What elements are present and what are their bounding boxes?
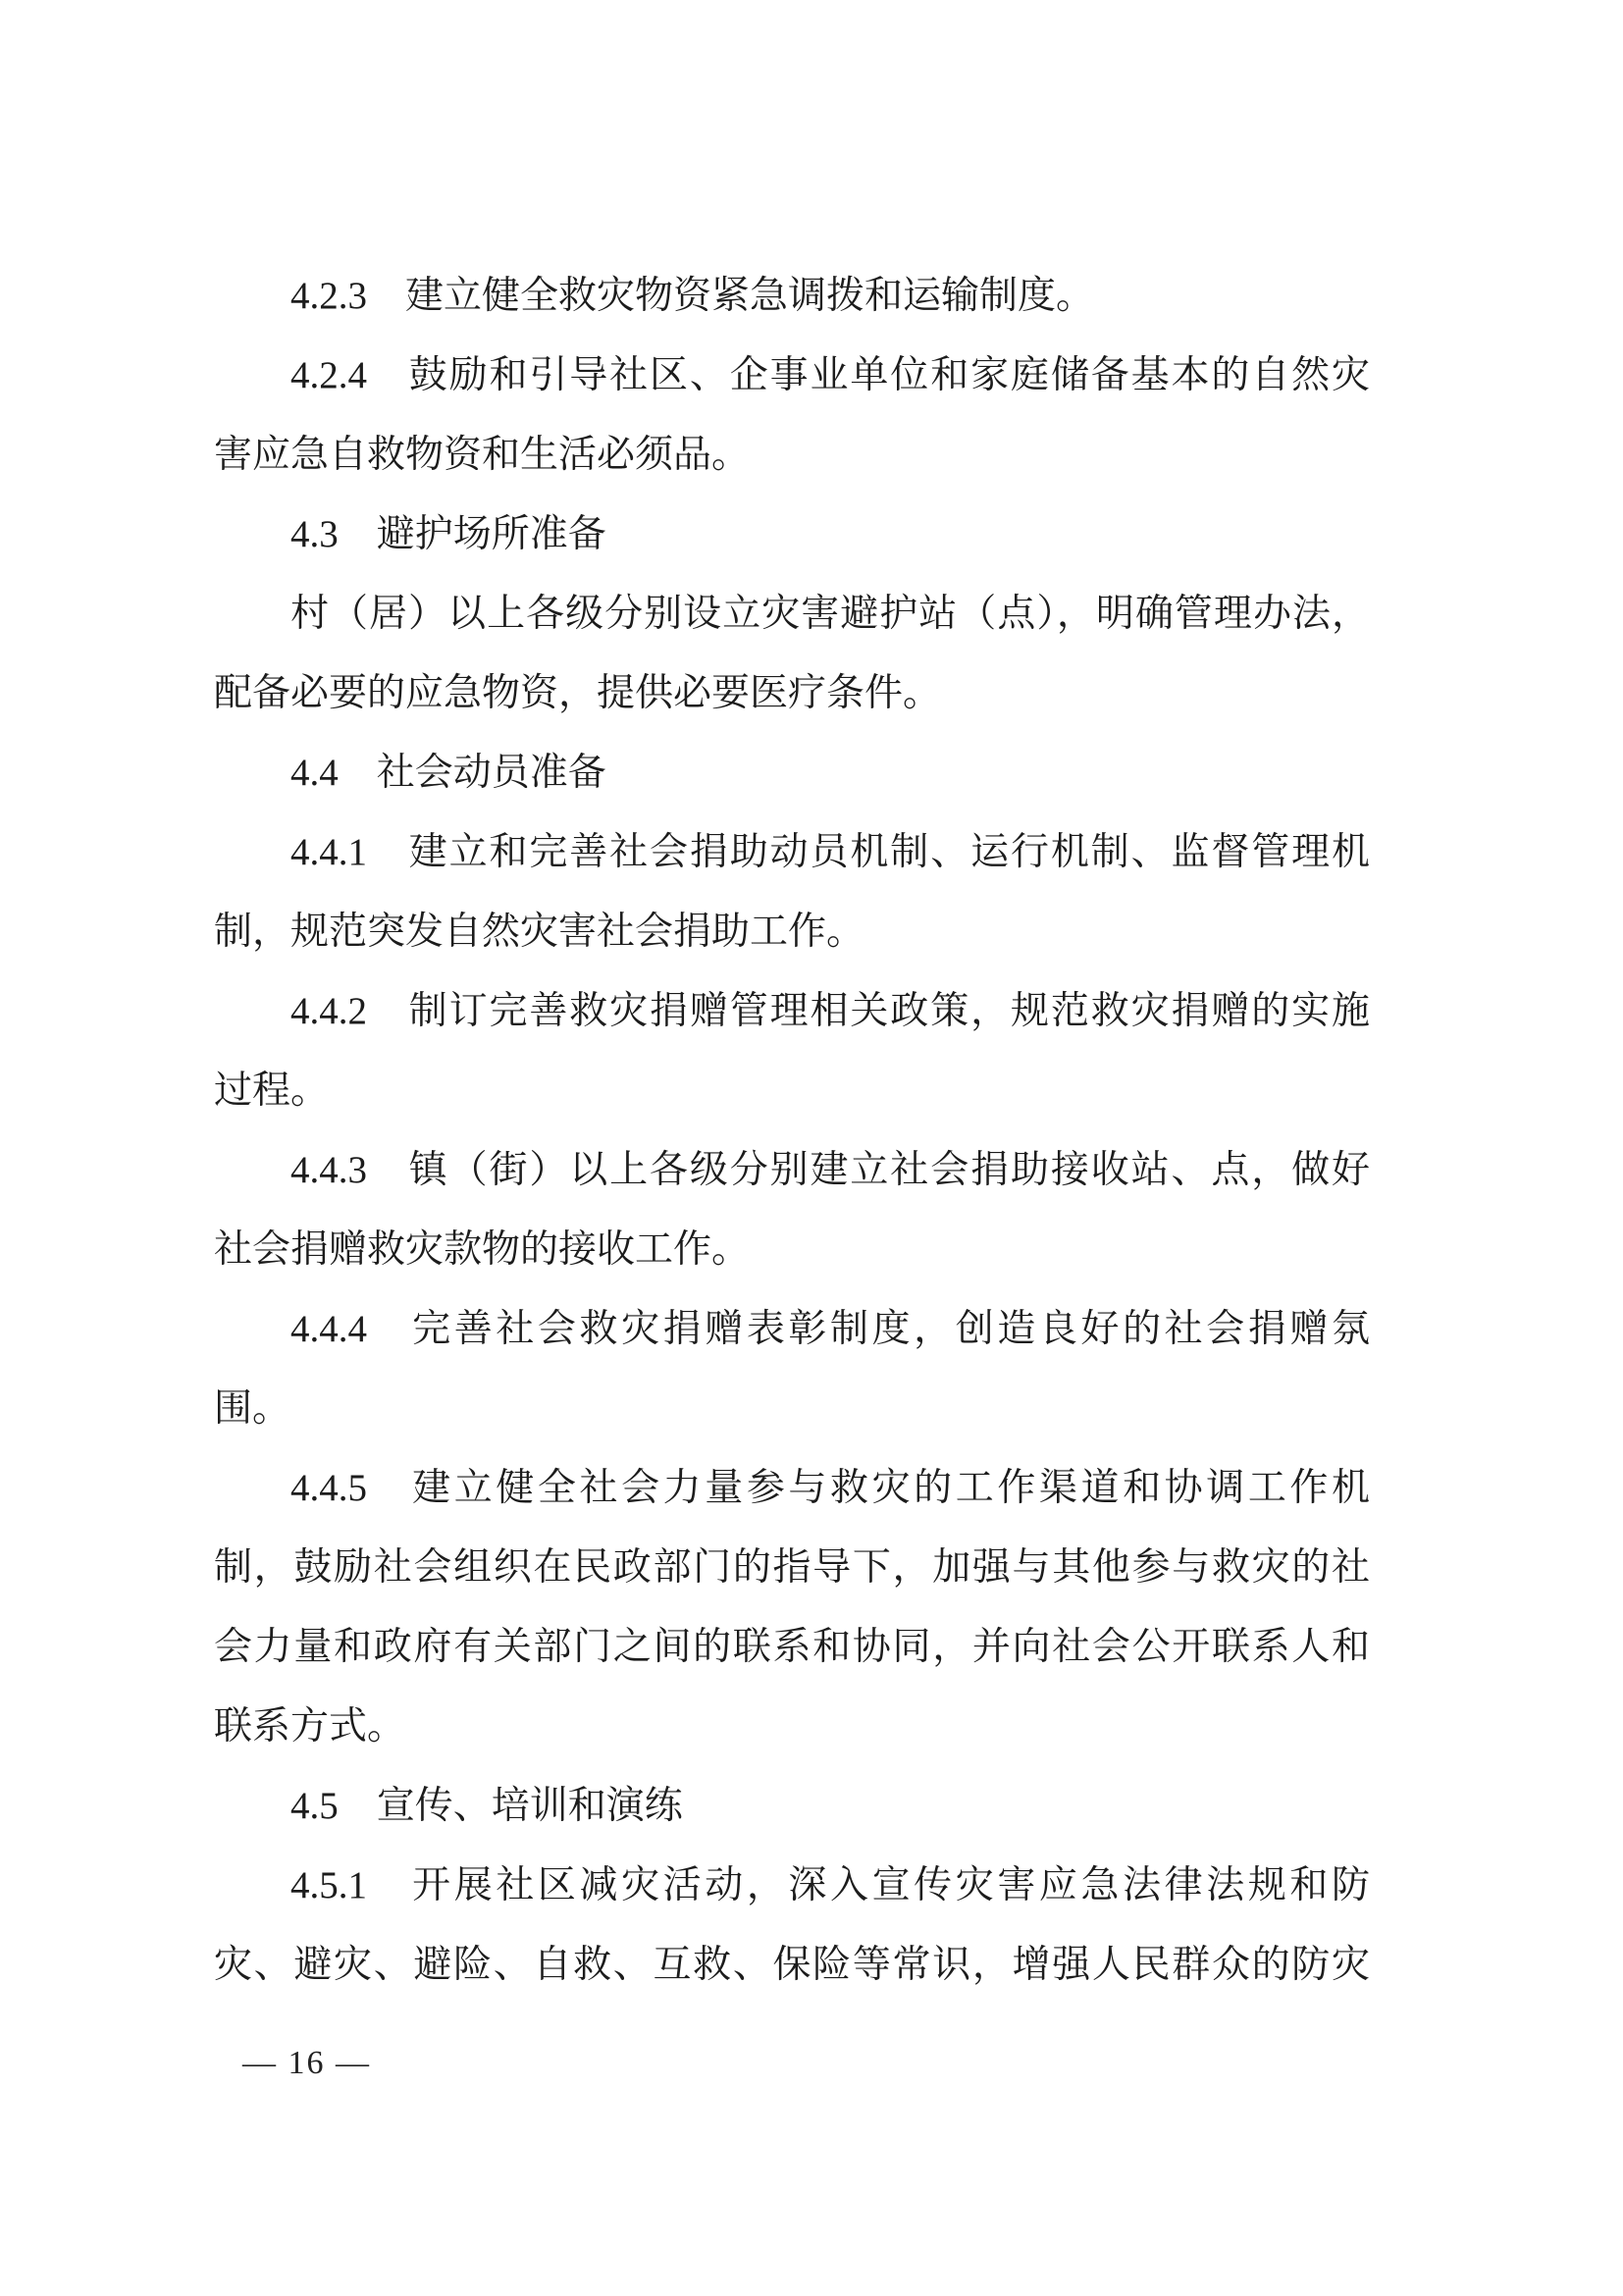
text-line: 4.4.2 制订完善救灾捐赠管理相关政策，规范救灾捐赠的实施 [214, 971, 1370, 1051]
text-line: 害应急自救物资和生活必须品。 [214, 415, 1370, 495]
document-body: 4.2.3 建立健全救灾物资紧急调拨和运输制度。 4.2.4 鼓励和引导社区、企… [214, 256, 1370, 2005]
section-heading: 4.3 避护场所准备 [214, 495, 1370, 574]
text-line: 社会捐赠救灾款物的接收工作。 [214, 1210, 1370, 1289]
text-line: 会力量和政府有关部门之间的联系和协同，并向社会公开联系人和 [214, 1607, 1370, 1687]
text-line: 联系方式。 [214, 1687, 1370, 1766]
page-number: — 16 — [242, 2044, 371, 2083]
section-heading: 4.5 宣传、培训和演练 [214, 1766, 1370, 1846]
section-heading: 4.4 社会动员准备 [214, 733, 1370, 812]
text-line: 围。 [214, 1369, 1370, 1448]
text-line: 制，鼓励社会组织在民政部门的指导下，加强与其他参与救灾的社 [214, 1528, 1370, 1607]
text-line: 制，规范突发自然灾害社会捐助工作。 [214, 892, 1370, 971]
document-page: 4.2.3 建立健全救灾物资紧急调拨和运输制度。 4.2.4 鼓励和引导社区、企… [0, 0, 1623, 2296]
text-line: 灾、避灾、避险、自救、互救、保险等常识，增强人民群众的防灾 [214, 1925, 1370, 2005]
text-line: 4.2.3 建立健全救灾物资紧急调拨和运输制度。 [214, 256, 1370, 336]
text-line: 4.4.3 镇（街）以上各级分别建立社会捐助接收站、点，做好 [214, 1130, 1370, 1210]
text-line: 村（居）以上各级分别设立灾害避护站（点），明确管理办法， [214, 574, 1370, 653]
text-line: 配备必要的应急物资，提供必要医疗条件。 [214, 653, 1370, 733]
text-line: 过程。 [214, 1051, 1370, 1130]
text-line: 4.4.4 完善社会救灾捐赠表彰制度，创造良好的社会捐赠氛 [214, 1289, 1370, 1369]
text-line: 4.4.5 建立健全社会力量参与救灾的工作渠道和协调工作机 [214, 1448, 1370, 1528]
text-line: 4.2.4 鼓励和引导社区、企事业单位和家庭储备基本的自然灾 [214, 336, 1370, 415]
text-line: 4.5.1 开展社区减灾活动，深入宣传灾害应急法律法规和防 [214, 1846, 1370, 1925]
text-line: 4.4.1 建立和完善社会捐助动员机制、运行机制、监督管理机 [214, 812, 1370, 892]
